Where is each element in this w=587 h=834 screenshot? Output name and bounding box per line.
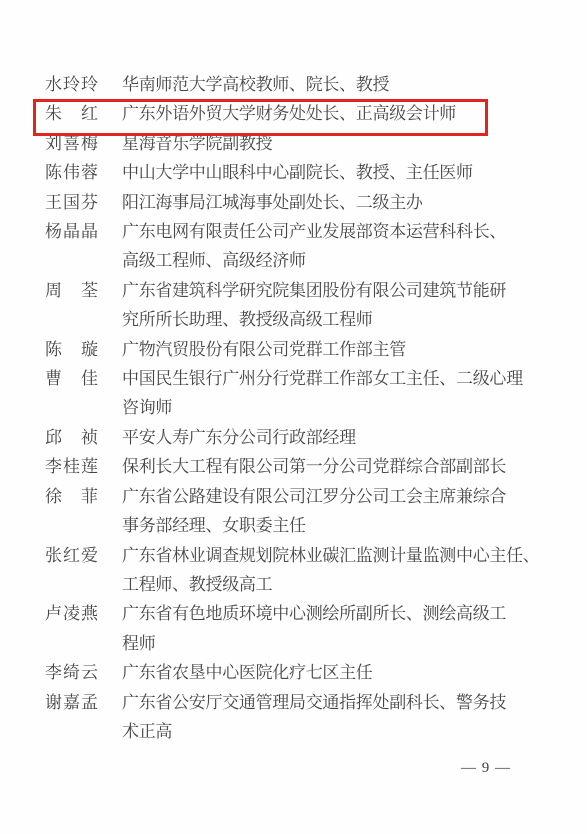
awardee-list: 水玲玲华南师范大学高校教师、院长、教授朱红广东外语外贸大学财务处处长、正高级会计… <box>45 70 557 746</box>
title-line: 华南师范大学高校教师、院长、教授 <box>122 70 389 99</box>
person-title: 广东外语外贸大学财务处处长、正高级会计师 <box>122 99 456 128</box>
title-line: 广东省林业调查规划院林业碳汇监测计量监测中心主任、 <box>122 541 540 570</box>
title-line: 阳江海事局江城海事处副处长、二级主办 <box>122 188 423 217</box>
person-title: 广东省林业调查规划院林业碳汇监测计量监测中心主任、工程师、教授级高工 <box>122 541 540 600</box>
person-title: 广东省有色地质环境中心测绘所副所长、测绘高级工程师 <box>122 599 506 658</box>
entry-row: 曹佳中国民生银行广州分行党群工作部女工主任、二级心理咨询师 <box>45 364 557 423</box>
entry-row: 刘喜梅星海音乐学院副教授 <box>45 129 557 158</box>
title-line: 中国民生银行广州分行党群工作部女工主任、二级心理 <box>122 364 523 393</box>
title-line: 程师 <box>122 629 506 658</box>
person-title: 平安人寿广东分公司行政部经理 <box>122 423 356 452</box>
title-line: 究所所长助理、教授级高级工程师 <box>122 305 506 334</box>
person-name: 徐菲 <box>45 482 98 511</box>
title-line: 广东省公安厅交通管理局交通指挥处副科长、警务技 <box>122 688 506 717</box>
person-title: 广东省农垦中心医院化疗七区主任 <box>122 658 373 687</box>
entry-row: 张红爱广东省林业调查规划院林业碳汇监测计量监测中心主任、工程师、教授级高工 <box>45 541 557 600</box>
person-name: 陈璇 <box>45 335 98 364</box>
title-line: 工程师、教授级高工 <box>122 570 540 599</box>
person-name: 杨晶晶 <box>45 217 98 246</box>
person-title: 广物汽贸股份有限公司党群工作部主管 <box>122 335 406 364</box>
title-line: 广物汽贸股份有限公司党群工作部主管 <box>122 335 406 364</box>
person-title: 阳江海事局江城海事处副处长、二级主办 <box>122 188 423 217</box>
entry-row: 徐菲广东省公路建设有限公司江罗分公司工会主席兼综合事务部经理、女职委主任 <box>45 482 557 541</box>
person-name: 周荃 <box>45 276 98 305</box>
page-number-label: — 9 — <box>461 760 511 777</box>
entry-row: 周荃广东省建筑科学研究院集团股份有限公司建筑节能研究所所长助理、教授级高级工程师 <box>45 276 557 335</box>
title-line: 高级工程师、高级经济师 <box>122 246 506 275</box>
document-page: 水玲玲华南师范大学高校教师、院长、教授朱红广东外语外贸大学财务处处长、正高级会计… <box>0 0 587 834</box>
title-line: 广东电网有限责任公司产业发展部资本运营科科长、 <box>122 217 506 246</box>
title-line: 广东省建筑科学研究院集团股份有限公司建筑节能研 <box>122 276 506 305</box>
person-title: 广东省公路建设有限公司江罗分公司工会主席兼综合事务部经理、女职委主任 <box>122 482 506 541</box>
person-name: 李桂莲 <box>45 452 98 481</box>
title-line: 广东省公路建设有限公司江罗分公司工会主席兼综合 <box>122 482 506 511</box>
entry-row: 杨晶晶广东电网有限责任公司产业发展部资本运营科科长、高级工程师、高级经济师 <box>45 217 557 276</box>
entry-row: 卢凌燕广东省有色地质环境中心测绘所副所长、测绘高级工程师 <box>45 599 557 658</box>
title-line: 星海音乐学院副教授 <box>122 129 272 158</box>
entry-row: 李绮云广东省农垦中心医院化疗七区主任 <box>45 658 557 687</box>
entry-row: 谢嘉孟广东省公安厅交通管理局交通指挥处副科长、警务技术正高 <box>45 688 557 747</box>
person-name: 张红爱 <box>45 541 98 570</box>
entry-row: 朱红广东外语外贸大学财务处处长、正高级会计师 <box>45 99 557 128</box>
person-title: 广东省公安厅交通管理局交通指挥处副科长、警务技术正高 <box>122 688 506 747</box>
person-name: 刘喜梅 <box>45 129 98 158</box>
entry-row: 邱祯平安人寿广东分公司行政部经理 <box>45 423 557 452</box>
title-line: 术正高 <box>122 717 506 746</box>
person-name: 王国芬 <box>45 188 98 217</box>
person-name: 曹佳 <box>45 364 98 393</box>
title-line: 事务部经理、女职委主任 <box>122 511 506 540</box>
entry-row: 陈伟蓉中山大学中山眼科中心副院长、教授、主任医师 <box>45 158 557 187</box>
person-title: 广东电网有限责任公司产业发展部资本运营科科长、高级工程师、高级经济师 <box>122 217 506 276</box>
entry-row: 王国芬阳江海事局江城海事处副处长、二级主办 <box>45 188 557 217</box>
person-name: 卢凌燕 <box>45 599 98 628</box>
person-name: 陈伟蓉 <box>45 158 98 187</box>
entry-row: 水玲玲华南师范大学高校教师、院长、教授 <box>45 70 557 99</box>
person-name: 水玲玲 <box>45 70 98 99</box>
title-line: 广东省农垦中心医院化疗七区主任 <box>122 658 373 687</box>
person-name: 谢嘉孟 <box>45 688 98 717</box>
entry-row: 李桂莲保利长大工程有限公司第一分公司党群综合部副部长 <box>45 452 557 481</box>
title-line: 广东外语外贸大学财务处处长、正高级会计师 <box>122 99 456 128</box>
person-title: 保利长大工程有限公司第一分公司党群综合部副部长 <box>122 452 506 481</box>
person-title: 广东省建筑科学研究院集团股份有限公司建筑节能研究所所长助理、教授级高级工程师 <box>122 276 506 335</box>
person-title: 星海音乐学院副教授 <box>122 129 272 158</box>
person-title: 华南师范大学高校教师、院长、教授 <box>122 70 389 99</box>
person-name: 邱祯 <box>45 423 98 452</box>
person-title: 中国民生银行广州分行党群工作部女工主任、二级心理咨询师 <box>122 364 523 423</box>
entry-row: 陈璇广物汽贸股份有限公司党群工作部主管 <box>45 335 557 364</box>
title-line: 保利长大工程有限公司第一分公司党群综合部副部长 <box>122 452 506 481</box>
title-line: 平安人寿广东分公司行政部经理 <box>122 423 356 452</box>
title-line: 咨询师 <box>122 393 523 422</box>
title-line: 中山大学中山眼科中心副院长、教授、主任医师 <box>122 158 473 187</box>
person-name: 朱红 <box>45 99 98 128</box>
person-title: 中山大学中山眼科中心副院长、教授、主任医师 <box>122 158 473 187</box>
title-line: 广东省有色地质环境中心测绘所副所长、测绘高级工 <box>122 599 506 628</box>
person-name: 李绮云 <box>45 658 98 687</box>
